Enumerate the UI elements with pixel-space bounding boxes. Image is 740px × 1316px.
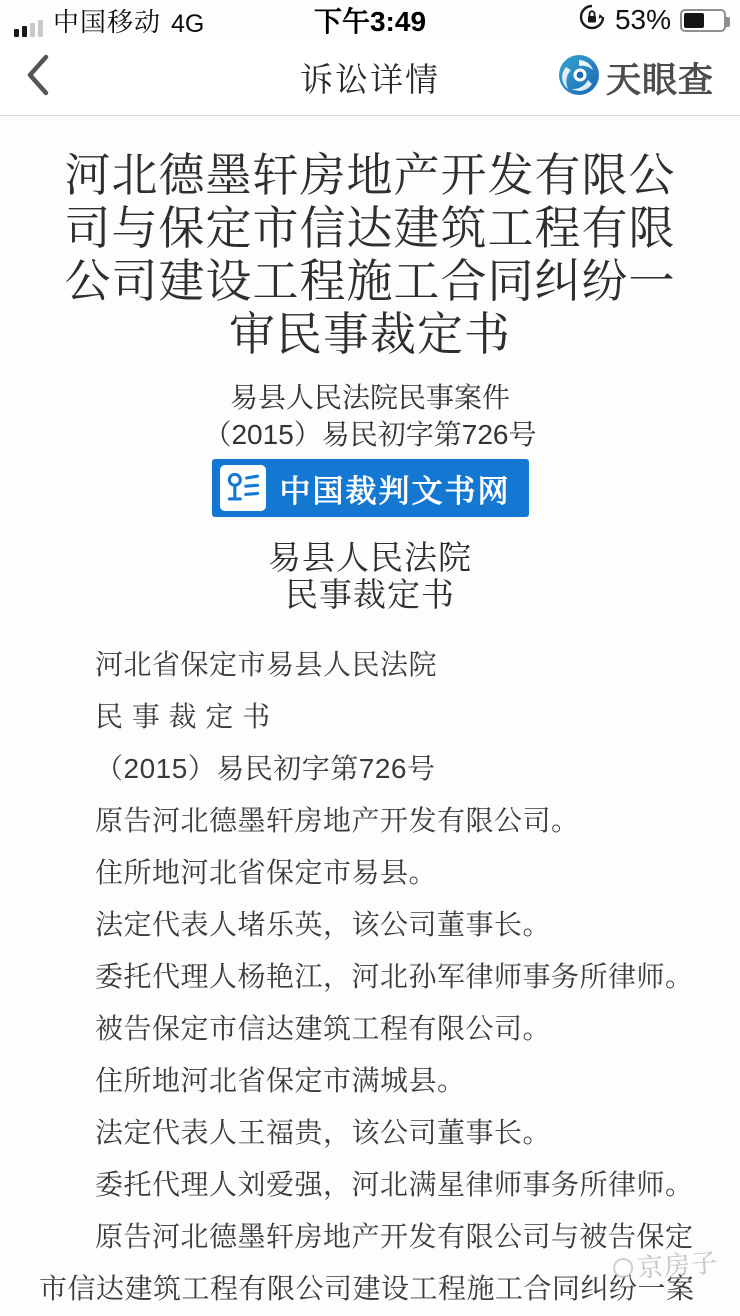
court-case-line: 易县人民法院民事案件 bbox=[0, 379, 740, 416]
status-bar: 中国移动 4G 下午3:49 53% bbox=[0, 0, 740, 40]
nav-bar: 诉讼详情 天眼查 bbox=[0, 40, 740, 116]
document-paragraph: 民 事 裁 定 书 bbox=[39, 691, 716, 743]
case-number: （2015）易民初字第726号 bbox=[0, 416, 740, 453]
document-paragraph: 委托代理人杨艳江，河北孙军律师事务所律师。 bbox=[39, 951, 716, 1003]
source-banner-row: 中国裁判文书网 bbox=[0, 459, 740, 517]
document-paragraph: 被告保定市信达建筑工程有限公司。 bbox=[39, 1003, 716, 1055]
document-paragraph: 住所地河北省保定市满城县。 bbox=[39, 1055, 716, 1107]
brand-logo[interactable]: 天眼查 bbox=[558, 53, 714, 103]
wenshu-source-banner[interactable]: 中国裁判文书网 bbox=[212, 459, 529, 517]
lawsuit-document: 河北德墨轩房地产开发有限公司与保定市信达建筑工程有限公司建设工程施工合同纠纷一审… bbox=[0, 116, 740, 1315]
app-screen: 中国移动 4G 下午3:49 53% bbox=[0, 0, 740, 1316]
court-name: 易县人民法院 bbox=[0, 539, 740, 576]
judgment-doc-icon bbox=[220, 465, 266, 511]
document-paragraph: 河北省保定市易县人民法院 bbox=[39, 639, 716, 691]
document-title: 河北德墨轩房地产开发有限公司与保定市信达建筑工程有限公司建设工程施工合同纠纷一审… bbox=[58, 149, 682, 361]
court-header: 易县人民法院 民事裁定书 bbox=[0, 539, 740, 613]
back-button[interactable] bbox=[26, 54, 50, 101]
source-banner-label: 中国裁判文书网 bbox=[280, 466, 511, 511]
document-paragraph: 法定代表人堵乐英，该公司董事长。 bbox=[39, 899, 716, 951]
rotation-lock-icon bbox=[578, 3, 606, 38]
battery-fill bbox=[684, 13, 704, 28]
document-paragraph: 原告河北德墨轩房地产开发有限公司。 bbox=[39, 795, 716, 847]
document-paragraph: 委托代理人刘爱强，河北满星律师事务所律师。 bbox=[39, 1159, 716, 1211]
status-right: 53% bbox=[578, 3, 726, 38]
brand-name-label: 天眼查 bbox=[606, 53, 714, 103]
battery-nub bbox=[726, 17, 730, 27]
chevron-left-icon bbox=[26, 54, 50, 101]
battery-percent-label: 53% bbox=[615, 4, 671, 36]
document-paragraph: 法定代表人王福贵，该公司董事长。 bbox=[39, 1107, 716, 1159]
case-meta: 易县人民法院民事案件 （2015）易民初字第726号 bbox=[0, 379, 740, 453]
document-paragraph: 原告河北德墨轩房地产开发有限公司与被告保定市信达建筑工程有限公司建设工程施工合同… bbox=[39, 1211, 716, 1315]
document-body: 河北省保定市易县人民法院民 事 裁 定 书（2015）易民初字第726号原告河北… bbox=[0, 639, 740, 1315]
tianyancha-logo-icon bbox=[558, 54, 600, 101]
document-type: 民事裁定书 bbox=[0, 576, 740, 613]
document-paragraph: （2015）易民初字第726号 bbox=[39, 743, 716, 795]
battery-icon bbox=[680, 9, 726, 32]
document-paragraph: 住所地河北省保定市易县。 bbox=[39, 847, 716, 899]
